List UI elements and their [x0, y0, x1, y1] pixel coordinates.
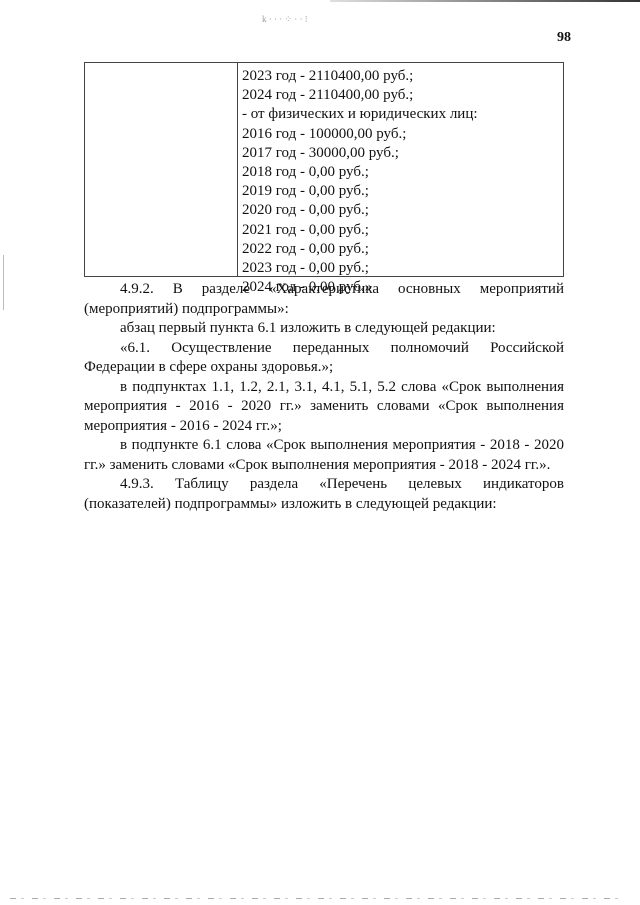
- table-line: 2018 год - 0,00 руб.;: [242, 163, 563, 182]
- table-line: 2024 год - 2110400,00 руб.;: [242, 86, 563, 105]
- table-line: 2016 год - 100000,00 руб.;: [242, 125, 563, 144]
- scan-artifact: k · · · ⁘ · · ⁝: [262, 14, 308, 25]
- table-line: 2019 год - 0,00 руб.;: [242, 182, 563, 201]
- table-line: 2020 год - 0,00 руб.;: [242, 201, 563, 220]
- table-line: - от физических и юридических лиц:: [242, 105, 563, 124]
- scan-margin-mark: [3, 255, 4, 310]
- table-line: 2023 год - 0,00 руб.;: [242, 259, 563, 278]
- table-line: 2023 год - 2110400,00 руб.;: [242, 67, 563, 86]
- paragraph-quote-6-1: «6.1. Осуществление переданных полномочи…: [84, 339, 564, 378]
- document-body: 4.9.2. В разделе «Характеристика основны…: [84, 280, 564, 514]
- table-line: 2021 год - 0,00 руб.;: [242, 221, 563, 240]
- table-left-cell: [85, 63, 238, 276]
- paragraph: в подпункте 6.1 слова «Срок выполнения м…: [84, 436, 564, 475]
- page-number: 98: [557, 30, 571, 46]
- paragraph-4-9-2: 4.9.2. В разделе «Характеристика основны…: [84, 280, 564, 319]
- budget-table: 2023 год - 2110400,00 руб.; 2024 год - 2…: [84, 62, 564, 277]
- paragraph-4-9-3: 4.9.3. Таблицу раздела «Перечень целевых…: [84, 475, 564, 514]
- scan-top-edge: [330, 0, 640, 2]
- table-right-cell: 2023 год - 2110400,00 руб.; 2024 год - 2…: [238, 63, 563, 276]
- scan-bottom-edge: [10, 898, 625, 899]
- paragraph: абзац первый пункта 6.1 изложить в следу…: [84, 319, 564, 339]
- paragraph: в подпунктах 1.1, 1.2, 2.1, 3.1, 4.1, 5.…: [84, 378, 564, 437]
- table-line: 2017 год - 30000,00 руб.;: [242, 144, 563, 163]
- table-line: 2022 год - 0,00 руб.;: [242, 240, 563, 259]
